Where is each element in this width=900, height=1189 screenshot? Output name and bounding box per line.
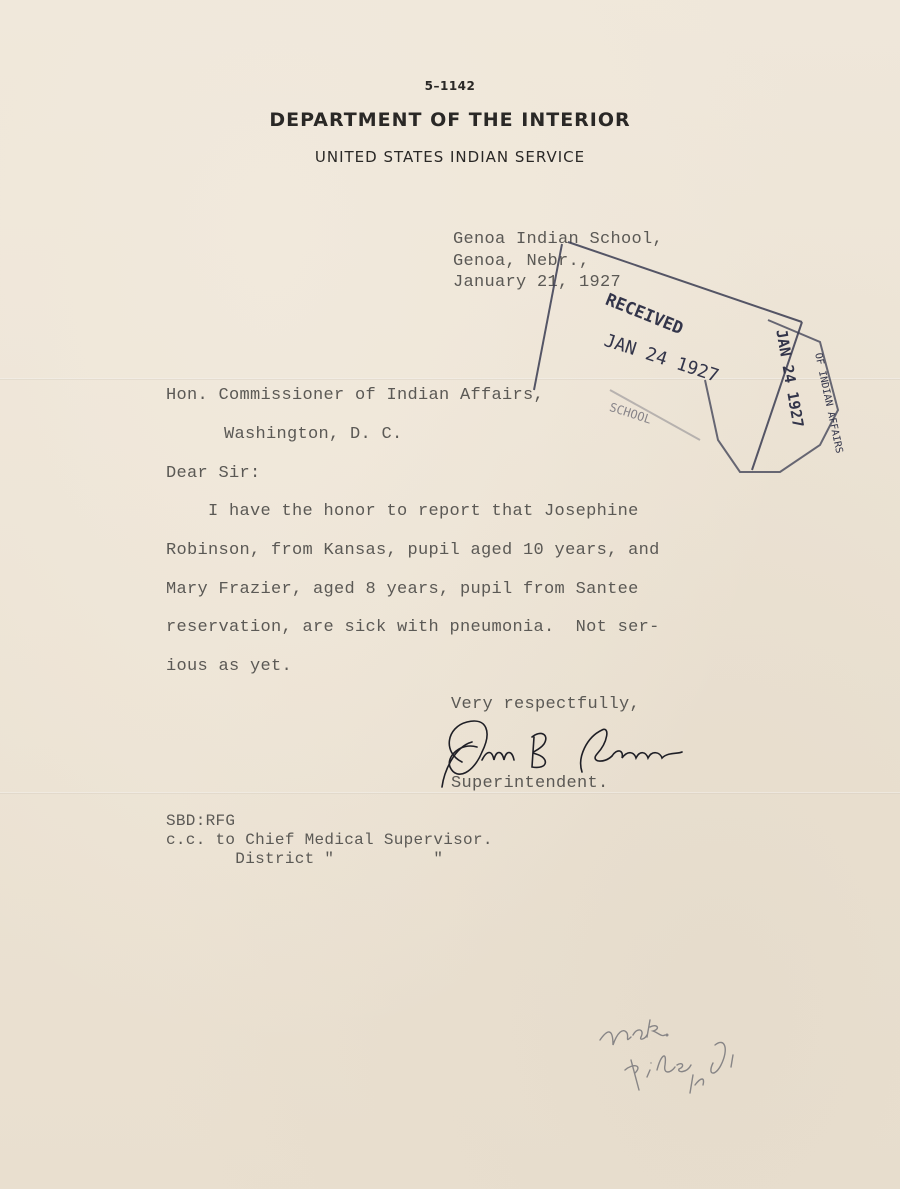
- recipient-line-2: Washington, D. C.: [224, 425, 403, 444]
- body-line-3: Mary Frazier, aged 8 years, pupil from S…: [166, 580, 639, 599]
- body-line-1: I have the honor to report that Josephin…: [166, 502, 639, 521]
- body-line-4: reservation, are sick with pneumonia. No…: [166, 618, 660, 637]
- fold-line-lower: [0, 792, 900, 794]
- service-subheading: UNITED STATES INDIAN SERVICE: [0, 148, 900, 166]
- typist-initials: SBD:RFG: [166, 812, 235, 830]
- cc-line-2: District " ": [166, 850, 443, 868]
- form-number: 5–1142: [0, 79, 900, 93]
- cc-line-1: c.c. to Chief Medical Supervisor.: [166, 831, 493, 849]
- recipient-line-1: Hon. Commissioner of Indian Affairs,: [166, 386, 544, 405]
- body-line-5: ious as yet.: [166, 657, 292, 676]
- signer-title: Superintendent.: [451, 774, 609, 793]
- salutation: Dear Sir:: [166, 464, 261, 483]
- department-heading: DEPARTMENT OF THE INTERIOR: [0, 109, 900, 131]
- pencil-note: [595, 1015, 755, 1100]
- body-line-2: Robinson, from Kansas, pupil aged 10 yea…: [166, 541, 660, 560]
